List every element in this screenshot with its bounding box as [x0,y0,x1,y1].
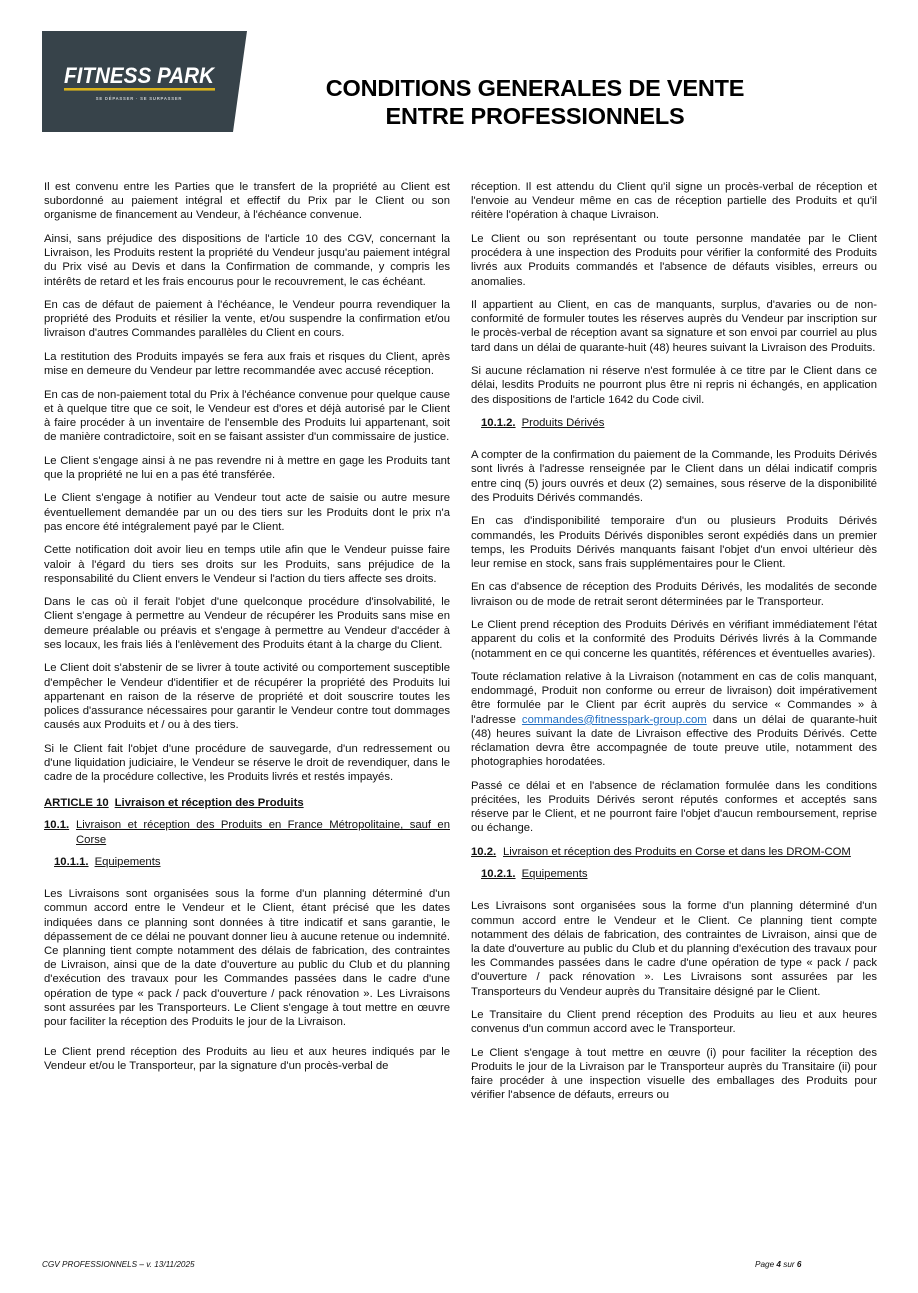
paragraph: A compter de la confirmation du paiement… [471,448,877,505]
section-10-1-2-heading: 10.1.2.Produits Dérivés [481,416,877,430]
paragraph: réception. Il est attendu du Client qu'i… [471,180,877,223]
paragraph: Le Client ou son représentant ou toute p… [471,232,877,289]
paragraph: Le Client prend réception des Produits D… [471,618,877,661]
logo-tagline: SE DÉPASSER · SE SURPASSER [96,96,183,101]
section-10-1-heading: 10.1. Livraison et réception des Produit… [44,818,450,846]
title-line-1: CONDITIONS GENERALES DE VENTE [290,74,780,102]
page-title: CONDITIONS GENERALES DE VENTE ENTRE PROF… [290,74,780,130]
article-10-heading: ARTICLE 10Livraison et réception des Pro… [44,796,450,810]
paragraph: La restitution des Produits impayés se f… [44,350,450,378]
subsection-title: Equipements [95,856,161,868]
section-title: Livraison et réception des Produits en C… [503,845,877,859]
page-prefix: Page [755,1260,776,1269]
paragraph: Cette notification doit avoir lieu en te… [44,543,450,586]
subsection-title: Equipements [522,868,588,880]
paragraph: Le Transitaire du Client prend réception… [471,1008,877,1036]
paragraph: Les Livraisons sont organisées sous la f… [471,899,877,998]
section-number: 10.1. [44,818,76,846]
subsection-number: 10.2.1. [481,868,516,880]
fitness-park-logo: FITNESS PARK SE DÉPASSER · SE SURPASSER [42,31,247,132]
subsection-title: Produits Dérivés [522,417,605,429]
paragraph: Ainsi, sans préjudice des dispositions d… [44,232,450,289]
paragraph: Il appartient au Client, en cas de manqu… [471,298,877,355]
paragraph: Si le Client fait l'objet d'une procédur… [44,742,450,785]
footer-version: CGV PROFESSIONNELS – v. 13/11/2025 [42,1260,195,1269]
paragraph: En cas de défaut de paiement à l'échéanc… [44,298,450,341]
left-column: Il est convenu entre les Parties que le … [44,180,450,1083]
paragraph: En cas d'indisponibilité temporaire d'un… [471,514,877,571]
paragraph: En cas de non-paiement total du Prix à l… [44,388,450,445]
paragraph: En cas d'absence de réception des Produi… [471,580,877,608]
paragraph: Le Client s'engage ainsi à ne pas revend… [44,454,450,482]
page-number: Page 4 sur 6 [755,1260,801,1269]
page-separator: sur [781,1260,797,1269]
title-line-2: ENTRE PROFESSIONNELS [290,102,780,130]
paragraph: Le Client doit s'abstenir de se livrer à… [44,661,450,732]
section-number: 10.2. [471,845,503,859]
section-title: Livraison et réception des Produits en F… [76,818,450,846]
section-10-2-1-heading: 10.2.1.Equipements [481,867,877,881]
right-column: réception. Il est attendu du Client qu'i… [471,180,877,1112]
paragraph: Le Client prend réception des Produits a… [44,1045,450,1073]
paragraph: Si aucune réclamation ni réserve n'est f… [471,364,877,407]
subsection-number: 10.1.2. [481,417,516,429]
paragraph: Les Livraisons sont organisées sous la f… [44,887,450,1029]
paragraph: Il est convenu entre les Parties que le … [44,180,450,223]
page-total: 6 [797,1260,802,1269]
section-10-2-heading: 10.2. Livraison et réception des Produit… [471,845,877,859]
paragraph: Passé ce délai et en l'absence de réclam… [471,779,877,836]
subsection-number: 10.1.1. [54,856,89,868]
article-number: ARTICLE 10 [44,797,109,809]
article-title: Livraison et réception des Produits [115,797,304,809]
reclamation-paragraph: Toute réclamation relative à la Livraiso… [471,670,877,769]
paragraph: Le Client s'engage à tout mettre en œuvr… [471,1046,877,1103]
section-10-1-1-heading: 10.1.1.Equipements [54,855,450,869]
logo-brand: FITNESS PARK [64,63,216,88]
paragraph: Le Client s'engage à notifier au Vendeur… [44,491,450,534]
paragraph: Dans le cas où il ferait l'objet d'une q… [44,595,450,652]
email-link[interactable]: commandes@fitnesspark-group.com [522,714,707,726]
